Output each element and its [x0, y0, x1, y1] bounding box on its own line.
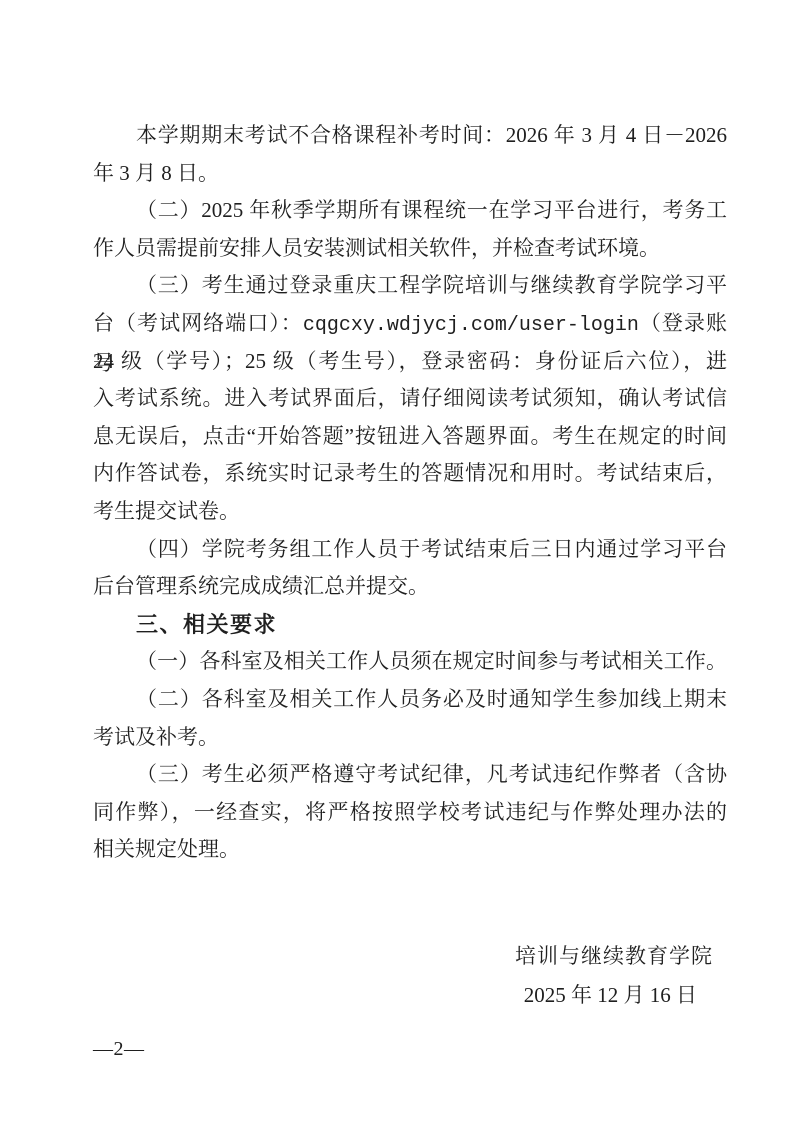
text-line: 24 级（学号）；25 级（考生号），登录密码：身份证后六位），进 [93, 343, 727, 381]
text-line: 考生提交试卷。 [93, 493, 727, 531]
page-number: —2— [93, 1038, 145, 1061]
text-line: （三）考生必须严格遵守考试纪律，凡考试违纪作弊者（含协 [93, 756, 727, 794]
text-line: （二）2025 年秋季学期所有课程统一在学习平台进行，考务工 [93, 192, 727, 230]
text-line: 相关规定处理。 [93, 831, 727, 869]
text-line: 作人员需提前安排人员安装测试相关软件，并检查考试环境。 [93, 230, 727, 268]
text-line: （四）学院考务组工作人员于考试结束后三日内通过学习平台 [93, 531, 727, 569]
text-line: （二）各科室及相关工作人员务必及时通知学生参加线上期末 [93, 681, 727, 719]
text-line: （一）各科室及相关工作人员须在规定时间参与考试相关工作。 [93, 643, 727, 681]
text-line: 年 3 月 8 日。 [93, 155, 727, 193]
text-line: 入考试系统。进入考试界面后，请仔细阅读考试须知，确认考试信 [93, 380, 727, 418]
signature-date: 2025 年 12 月 16 日 [524, 979, 697, 1009]
url-text: cqgcxy.wdjycj.com/user-login [303, 314, 639, 337]
text-line: （三）考生通过登录重庆工程学院培训与继续教育学院学习平 [93, 267, 727, 305]
signature-org: 培训与继续教育学院 [515, 940, 713, 970]
text-line: 内作答试卷，系统实时记录考生的答题情况和用时。考试结束后， [93, 455, 727, 493]
text-line: 考试及补考。 [93, 719, 727, 757]
text-line: 本学期期末考试不合格课程补考时间：2026 年 3 月 4 日－2026 [93, 117, 727, 155]
text-line: 息无误后，点击“开始答题”按钮进入答题界面。考生在规定的时间 [93, 418, 727, 456]
text-line: 后台管理系统完成成绩汇总并提交。 [93, 568, 727, 606]
text-segment: 台（考试网络端口）： [93, 311, 303, 335]
document-body: 本学期期末考试不合格课程补考时间：2026 年 3 月 4 日－2026年 3 … [93, 117, 727, 869]
document-page: 本学期期末考试不合格课程补考时间：2026 年 3 月 4 日－2026年 3 … [0, 0, 793, 1122]
text-line: 台（考试网络端口）：cqgcxy.wdjycj.com/user-login（登… [93, 305, 727, 343]
section-heading: 三、相关要求 [93, 606, 727, 644]
text-line: 同作弊），一经查实，将严格按照学校考试违纪与作弊处理办法的 [93, 794, 727, 832]
